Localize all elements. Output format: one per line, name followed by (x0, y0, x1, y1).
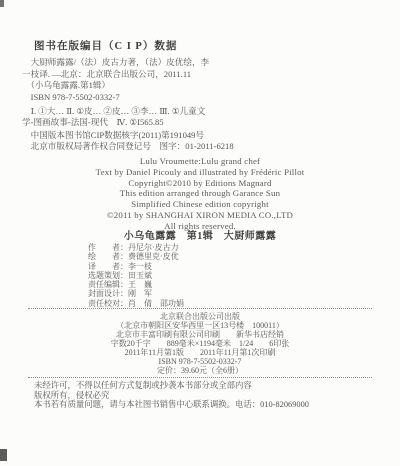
credit-line: 封面设计：刚 军 (88, 289, 184, 298)
copyright-page: 图书在版编目（C I P）数据 大厨师露露/（法）皮古力著，（法）皮优绘，李 一… (0, 0, 400, 466)
publishing-line: 定价：39.60元（全6册） (0, 366, 400, 375)
publishing-block: 北京联合出版公司出版 （北京市朝阳区安华西里一区13号楼 100011） 北京市… (0, 312, 400, 375)
credit-line: 作 者：丹尼尔·皮古力 (88, 243, 184, 252)
notice-line: 版权所有，侵权必究 (34, 391, 309, 401)
series-title: 小乌龟露露 第1辑 大厨师露露 (0, 227, 400, 242)
registry-block: 中国版本图书馆CIP数据核字(2011)第191049号 北京市版权局著作权合同… (22, 130, 234, 152)
notice-line: 未经许可，不得以任何方式复制或抄袭本书部分或全部内容 (34, 381, 309, 391)
registry-line: 北京市版权局著作权合同登记号 图字：01-2011-6218 (22, 141, 234, 152)
english-copyright-block: Lulu Vroumette:Lulu grand chef Text by D… (0, 156, 400, 232)
publishing-line: （北京市朝阳区安华西里一区13号楼 100011） (0, 321, 400, 330)
notice-line: 本书若有质量问题，请与本社图书销售中心联系调换。电话：010-82069000 (34, 400, 309, 410)
registry-line: 中国版本图书馆CIP数据核字(2011)第191049号 (22, 130, 234, 141)
publishing-line: 北京市丰富印刷有限公司印刷 新华书店经销 (0, 330, 400, 339)
english-copyright-line: ©2011 by SHANGHAI XIRON MEDIA CO.,LTD (0, 210, 400, 221)
publishing-line: 北京联合出版公司出版 (0, 312, 400, 321)
cip-record-line: ISBN 978-7-5502-0332-7 (22, 92, 209, 104)
scan-artifact-top (0, 0, 4, 7)
credits-block: 作 者：丹尼尔·皮古力 绘 者：费德里克·皮优 译 者：李一枝 选题策划：田玉斌… (88, 243, 184, 308)
cip-heading: 图书在版编目（C I P）数据 (34, 38, 177, 53)
classification-block: Ⅰ. ①大… Ⅱ. ①皮… ②皮… ③李… Ⅲ. ①儿童文 学-图画故事-法国-… (22, 106, 205, 128)
english-copyright-line: This edition arranged through Garance Su… (0, 188, 400, 199)
credit-line: 选题策划：田玉斌 (88, 271, 184, 280)
classification-line: Ⅰ. ①大… Ⅱ. ①皮… ②皮… ③李… Ⅲ. ①儿童文 (22, 106, 205, 117)
english-copyright-line: Simplified Chinese edition copyright (0, 199, 400, 210)
english-copyright-line: Copyright©2010 by Editions Magnard (0, 178, 400, 189)
cip-record-block: 大厨师露露/（法）皮古力著，（法）皮优绘，李 一枝译. —北京：北京联合出版公司… (22, 57, 209, 103)
credit-line: 译 者：李一枝 (88, 262, 184, 271)
classification-line: 学-图画故事-法国-现代 Ⅳ. ①I565.85 (22, 117, 205, 128)
english-copyright-line: Text by Daniel Picouly and illustrated b… (0, 167, 400, 178)
publishing-line: 字数20千字 889毫米×1194毫米 1/24 6印张 (0, 339, 400, 348)
english-copyright-line: Lulu Vroumette:Lulu grand chef (0, 156, 400, 167)
publishing-line: ISBN 978-7-5502-0332-7 (0, 357, 400, 366)
publishing-line: 2011年11月第1版 2011年11月第1次印刷 (0, 348, 400, 357)
dotted-separator (28, 308, 372, 309)
cip-record-line: 一枝译. —北京：北京联合出版公司，2011.11 (22, 69, 209, 81)
scan-artifact-bottom (0, 449, 7, 461)
credit-line: 责任校对：肖 倩 邵功娟 (88, 299, 184, 308)
cip-record-line: 大厨师露露/（法）皮古力著，（法）皮优绘，李 (22, 57, 209, 69)
credit-line: 绘 者：费德里克·皮优 (88, 252, 184, 261)
notices-block: 未经许可，不得以任何方式复制或抄袭本书部分或全部内容 版权所有，侵权必究 本书若… (34, 381, 309, 410)
dotted-separator (28, 377, 372, 378)
cip-record-line: （小乌龟露露.第1辑） (22, 80, 209, 92)
